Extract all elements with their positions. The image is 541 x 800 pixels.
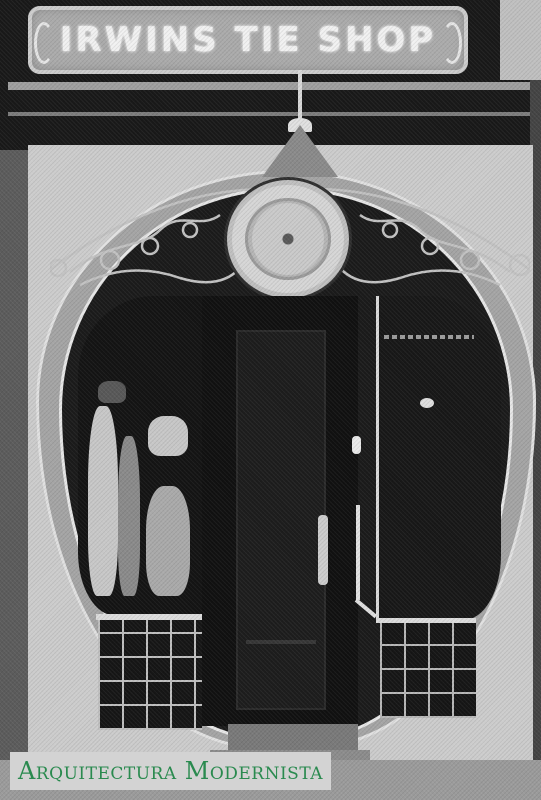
entrance-step — [228, 724, 358, 752]
rosette-medallion — [232, 185, 344, 293]
watermark-label: Arquitectura Modernista — [10, 752, 331, 790]
window-lettering — [384, 335, 474, 339]
cornice-beam — [8, 82, 541, 90]
right-display-window — [376, 296, 501, 620]
tie-display — [98, 381, 126, 403]
neighbor-pillar — [500, 0, 541, 80]
shop-sign: IRWINS TIE SHOP — [28, 6, 468, 74]
rosette-center — [245, 198, 331, 280]
shopfront-photo: IRWINS TIE SHOP — [0, 0, 541, 800]
lamp-shade — [262, 125, 338, 177]
sign-scroll-right — [442, 22, 462, 64]
left-tiled-base — [98, 620, 202, 730]
right-window-frame — [356, 505, 360, 600]
cornice-beam-lower — [8, 112, 541, 116]
door-knob — [352, 436, 361, 454]
sign-scroll-left — [34, 22, 54, 64]
tie-display — [146, 486, 190, 596]
left-display-window — [78, 296, 205, 616]
tie-display — [88, 406, 118, 596]
tie-display — [118, 436, 140, 596]
tie-display — [148, 416, 188, 456]
window-reflection — [420, 398, 434, 408]
photo-container: IRWINS TIE SHOP — [0, 0, 541, 800]
shop-sign-text: IRWINS TIE SHOP — [60, 20, 436, 60]
left-wall — [0, 150, 30, 800]
right-tiled-base — [380, 623, 476, 718]
door-handle — [318, 515, 328, 585]
door-rail — [246, 640, 316, 644]
entrance-door — [236, 330, 326, 710]
